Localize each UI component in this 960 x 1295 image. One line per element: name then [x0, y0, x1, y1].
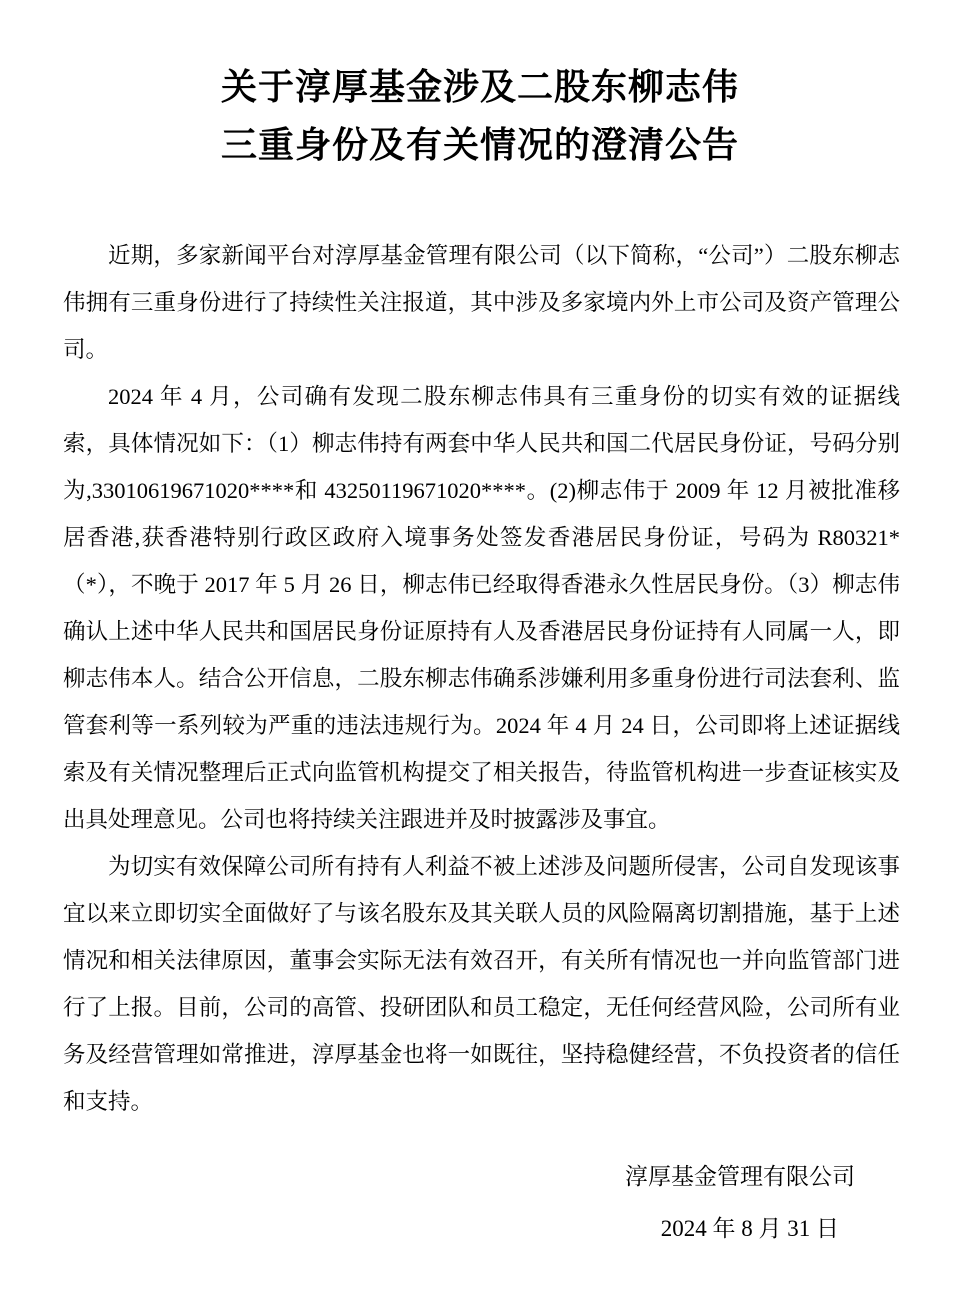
announcement-date: 2024 年 8 月 31 日 [0, 1203, 855, 1255]
document-title-line-2: 三重身份及有关情况的澄清公告 [0, 116, 960, 174]
announcement-document: 关于淳厚基金涉及二股东柳志伟 三重身份及有关情况的澄清公告 近期，多家新闻平台对… [0, 0, 960, 1295]
paragraph-intro: 近期，多家新闻平台对淳厚基金管理有限公司（以下简称，“公司”）二股东柳志伟拥有三… [63, 232, 900, 373]
signature-block: 淳厚基金管理有限公司 2024 年 8 月 31 日 [0, 1151, 960, 1255]
company-signature: 淳厚基金管理有限公司 [0, 1151, 855, 1203]
document-body: 近期，多家新闻平台对淳厚基金管理有限公司（以下简称，“公司”）二股东柳志伟拥有三… [63, 232, 900, 1125]
paragraph-evidence-details: 2024 年 4 月，公司确有发现二股东柳志伟具有三重身份的切实有效的证据线索，… [63, 373, 900, 843]
document-title: 关于淳厚基金涉及二股东柳志伟 三重身份及有关情况的澄清公告 [0, 0, 960, 174]
paragraph-risk-measures: 为切实有效保障公司所有持有人利益不被上述涉及问题所侵害，公司自发现该事宜以来立即… [63, 843, 900, 1125]
document-title-line-1: 关于淳厚基金涉及二股东柳志伟 [0, 58, 960, 116]
